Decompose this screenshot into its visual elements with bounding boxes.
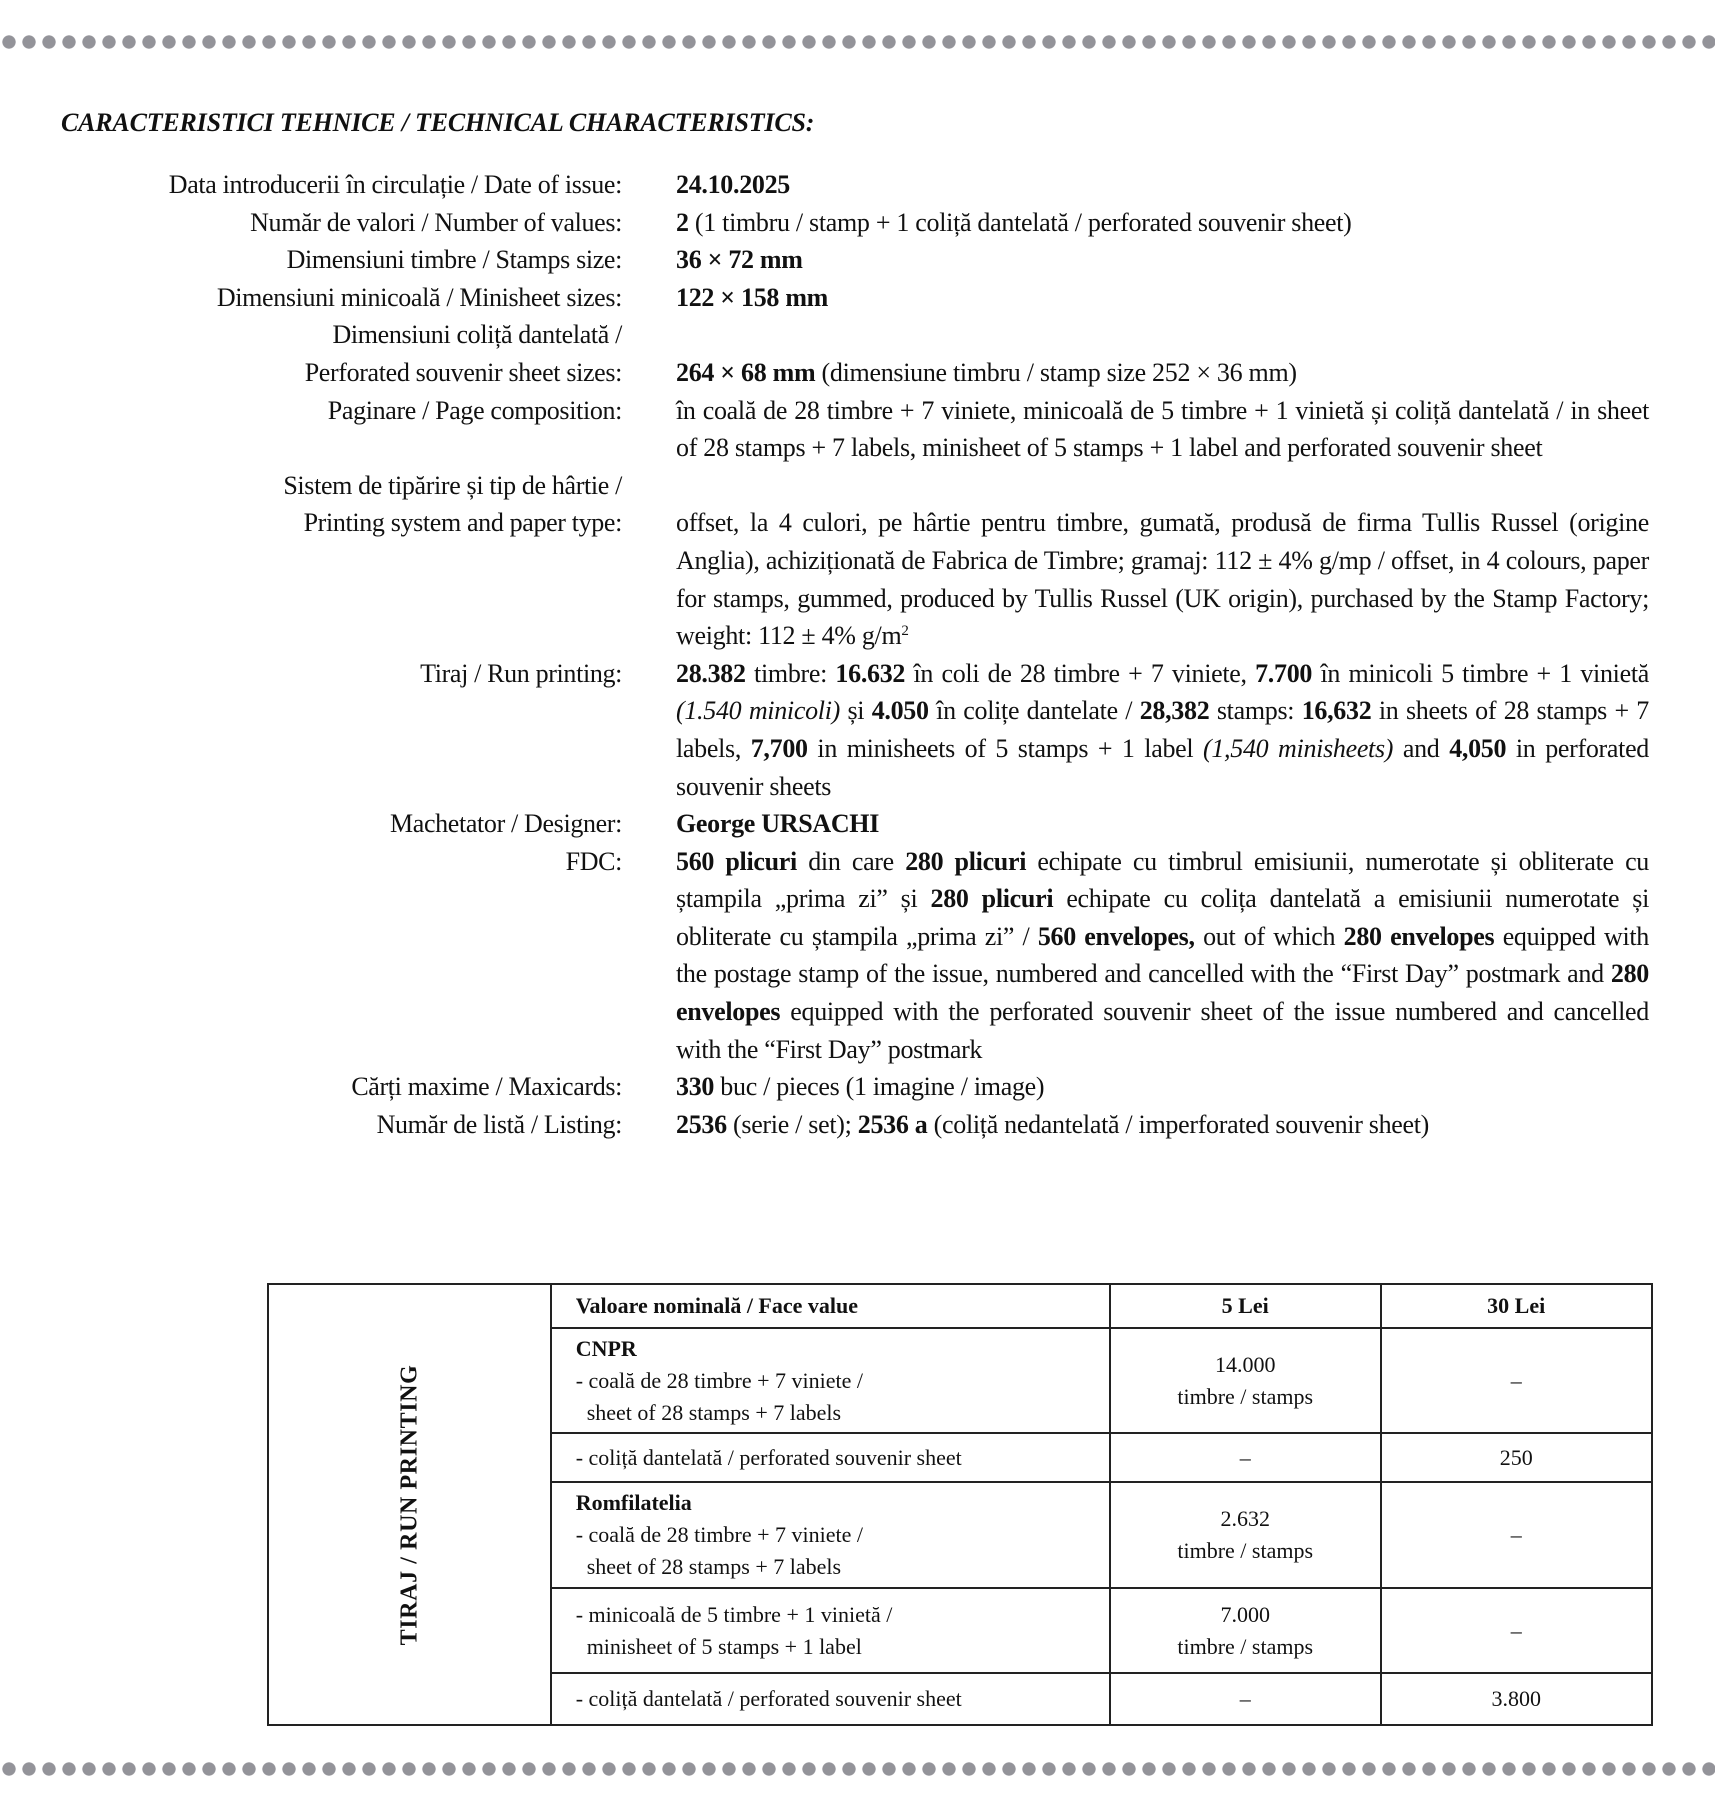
- spec-value: 264 × 68 mm (dimensiune timbru / stamp s…: [676, 316, 1649, 391]
- spec-row: FDC:560 plicuri din care 280 plicuri ech…: [0, 843, 1715, 1069]
- spec-label-line: Machetator / Designer:: [0, 805, 622, 843]
- value-5-lei: 14.000timbre / stamps: [1110, 1328, 1381, 1433]
- spec-label-line: Număr de listă / Listing:: [0, 1106, 622, 1144]
- spec-row: Machetator / Designer:George URSACHI: [0, 805, 1715, 843]
- technical-specs-list: Data introducerii în circulație / Date o…: [0, 166, 1715, 1143]
- spec-label: Data introducerii în circulație / Date o…: [0, 166, 622, 204]
- header-face-value: Valoare nominală / Face value: [551, 1284, 1110, 1328]
- spec-row: Număr de listă / Listing:2536 (serie / s…: [0, 1106, 1715, 1144]
- spec-label: Dimensiuni timbre / Stamps size:: [0, 241, 622, 279]
- spec-label-line: FDC:: [0, 843, 622, 881]
- row-description: CNPR- coală de 28 timbre + 7 viniete /sh…: [551, 1328, 1110, 1433]
- bottom-dotted-divider: [0, 1762, 1715, 1776]
- spec-label-line: Tiraj / Run printing:: [0, 655, 622, 693]
- spec-label: Paginare / Page composition:: [0, 392, 622, 467]
- spec-row: Număr de valori / Number of values:2 (1 …: [0, 204, 1715, 242]
- value-5-lei: –: [1110, 1673, 1381, 1725]
- spec-row: Dimensiuni coliță dantelată /Perforated …: [0, 316, 1715, 391]
- row-description: - minicoală de 5 timbre + 1 vinietă /min…: [551, 1588, 1110, 1673]
- spec-row: Cărți maxime / Maxicards:330 buc / piece…: [0, 1068, 1715, 1106]
- spec-label: Dimensiuni coliță dantelată /Perforated …: [0, 316, 622, 391]
- section-heading: CARACTERISTICI TEHNICE / TECHNICAL CHARA…: [61, 108, 814, 138]
- distributor-name: CNPR: [576, 1333, 1099, 1365]
- side-label-cell: TIRAJ / RUN PRINTING: [268, 1284, 551, 1725]
- run-printing-table: TIRAJ / RUN PRINTING Valoare nominală / …: [267, 1283, 1653, 1726]
- row-description: - coliță dantelată / perforated souvenir…: [551, 1673, 1110, 1725]
- spec-label: Dimensiuni minicoală / Minisheet sizes:: [0, 279, 622, 317]
- spec-label-line: Paginare / Page composition:: [0, 392, 622, 430]
- spec-label-line: Data introducerii în circulație / Date o…: [0, 166, 622, 204]
- row-description: - coliță dantelată / perforated souvenir…: [551, 1433, 1110, 1482]
- spec-label: FDC:: [0, 843, 622, 1069]
- spec-value: 36 × 72 mm: [676, 241, 1649, 279]
- spec-value: 122 × 158 mm: [676, 279, 1649, 317]
- value-5-lei: 2.632timbre / stamps: [1110, 1482, 1381, 1588]
- value-30-lei: –: [1381, 1482, 1652, 1588]
- value-30-lei: 250: [1381, 1433, 1652, 1482]
- spec-row: Sistem de tipărire și tip de hârtie /Pri…: [0, 467, 1715, 655]
- spec-label-line: Dimensiuni coliță dantelată /: [0, 316, 622, 354]
- spec-label-line: Dimensiuni minicoală / Minisheet sizes:: [0, 279, 622, 317]
- header-30-lei: 30 Lei: [1381, 1284, 1652, 1328]
- spec-label: Sistem de tipărire și tip de hârtie /Pri…: [0, 467, 622, 655]
- spec-label: Tiraj / Run printing:: [0, 655, 622, 805]
- distributor-name: Romfilatelia: [576, 1487, 1099, 1519]
- row-description: Romfilatelia- coală de 28 timbre + 7 vin…: [551, 1482, 1110, 1588]
- spec-value: 28.382 timbre: 16.632 în coli de 28 timb…: [676, 655, 1649, 805]
- table-header-row: TIRAJ / RUN PRINTING Valoare nominală / …: [268, 1284, 1652, 1328]
- spec-value: 24.10.2025: [676, 166, 1649, 204]
- top-dotted-divider: [0, 35, 1715, 49]
- spec-label-line: Cărți maxime / Maxicards:: [0, 1068, 622, 1106]
- spec-label-line: Dimensiuni timbre / Stamps size:: [0, 241, 622, 279]
- value-30-lei: 3.800: [1381, 1673, 1652, 1725]
- value-5-lei: –: [1110, 1433, 1381, 1482]
- value-30-lei: –: [1381, 1588, 1652, 1673]
- spec-label-line: Perforated souvenir sheet sizes:: [0, 354, 622, 392]
- spec-label: Număr de valori / Number of values:: [0, 204, 622, 242]
- header-5-lei: 5 Lei: [1110, 1284, 1381, 1328]
- spec-value: 2536 (serie / set); 2536 a (coliță nedan…: [676, 1106, 1649, 1144]
- spec-row: Tiraj / Run printing:28.382 timbre: 16.6…: [0, 655, 1715, 805]
- spec-label-line: Sistem de tipărire și tip de hârtie /: [0, 467, 622, 505]
- spec-label-line: Printing system and paper type:: [0, 504, 622, 542]
- spec-row: Dimensiuni minicoală / Minisheet sizes:1…: [0, 279, 1715, 317]
- value-5-lei: 7.000timbre / stamps: [1110, 1588, 1381, 1673]
- spec-value: în coală de 28 timbre + 7 viniete, minic…: [676, 392, 1649, 467]
- spec-row: Paginare / Page composition:în coală de …: [0, 392, 1715, 467]
- spec-row: Dimensiuni timbre / Stamps size:36 × 72 …: [0, 241, 1715, 279]
- value-30-lei: –: [1381, 1328, 1652, 1433]
- spec-row: Data introducerii în circulație / Date o…: [0, 166, 1715, 204]
- spec-label: Cărți maxime / Maxicards:: [0, 1068, 622, 1106]
- side-label: TIRAJ / RUN PRINTING: [393, 1364, 425, 1645]
- spec-label: Număr de listă / Listing:: [0, 1106, 622, 1144]
- spec-label: Machetator / Designer:: [0, 805, 622, 843]
- spec-value: 330 buc / pieces (1 imagine / image): [676, 1068, 1649, 1106]
- spec-value: 2 (1 timbru / stamp + 1 coliță dantelată…: [676, 204, 1649, 242]
- spec-value: George URSACHI: [676, 805, 1649, 843]
- spec-value: 560 plicuri din care 280 plicuri echipat…: [676, 843, 1649, 1069]
- spec-label-line: Număr de valori / Number of values:: [0, 204, 622, 242]
- spec-value: offset, la 4 culori, pe hârtie pentru ti…: [676, 467, 1649, 655]
